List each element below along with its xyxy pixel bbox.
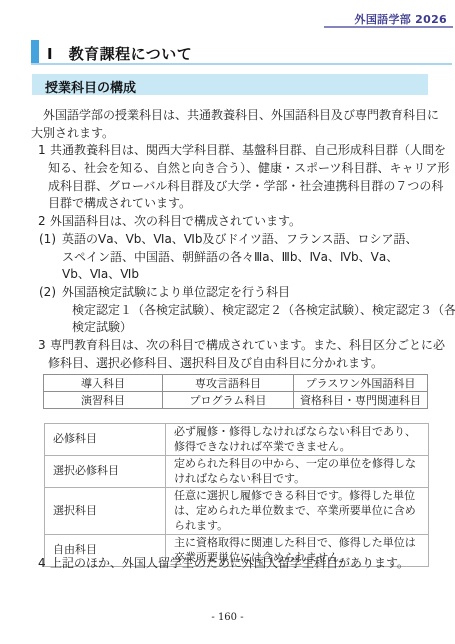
- body-line: Ⅴb、Ⅵa、Ⅵb: [31, 266, 455, 284]
- body-line: 3専門教育科目は、次の科目で構成されています。また、科目区分ごとに必: [31, 337, 455, 355]
- table-row: 選択科目 任意に選択し履修できる科目です。修得した単位は、定められた単位数まで、…: [45, 488, 429, 535]
- table-cell: 専攻言語科目: [163, 375, 294, 392]
- page-title: Ⅰ 教育課程について: [47, 43, 192, 64]
- body-item-4: 4上記のほか、外国人留学生のために外国人留学生科目があります。: [31, 555, 455, 573]
- table-cell: プラスワン外国語科目: [294, 375, 428, 392]
- table-row: 導入科目 専攻言語科目 プラスワン外国語科目: [44, 375, 428, 392]
- table-cell: プログラム科目: [163, 392, 294, 409]
- title-accent-bar: [31, 40, 39, 64]
- body-text: 外国語学部の授業科目は、共通教養科目、外国語科目及び専門教育科目に 大別されます…: [31, 107, 455, 372]
- body-line-text: 共通教養科目は、関西大学科目群、基盤科目群、自己形成科目群（人間を: [50, 143, 446, 157]
- row-label: 選択必修科目: [45, 456, 166, 488]
- body-line-text: 専門教育科目は、次の科目で構成されています。また、科目区分ごとに必: [50, 338, 445, 352]
- definition-table: 必修科目 必ず履修・修得しなければならない科目であり、修得できなければ卒業できま…: [44, 423, 429, 567]
- body-line: 2外国語科目は、次の科目で構成されています。: [31, 213, 455, 231]
- document-page: { "header": { "department": "外国語学部 2026"…: [0, 0, 455, 644]
- body-line: 目群で構成されています。: [31, 195, 455, 213]
- list-marker: 2: [38, 213, 50, 231]
- body-line: 大別されます。: [31, 125, 455, 143]
- body-line-text: 外国語科目は、次の科目で構成されています。: [50, 214, 301, 228]
- row-label: 必修科目: [45, 424, 166, 456]
- body-line: 1共通教養科目は、関西大学科目群、基盤科目群、自己形成科目群（人間を: [31, 142, 455, 160]
- row-description: 必ず履修・修得しなければならない科目であり、修得できなければ卒業できません。: [166, 424, 429, 456]
- title-underline: [31, 63, 452, 65]
- table-cell: 資格科目・専門関連科目: [294, 392, 428, 409]
- body-line-text: 英語のⅤa、Ⅴb、Ⅵa、Ⅵb及びドイツ語、フランス語、ロシア語、: [62, 232, 418, 246]
- body-line: 4上記のほか、外国人留学生のために外国人留学生科目があります。: [31, 555, 455, 573]
- row-description: 任意に選択し履修できる科目です。修得した単位は、定められた単位数まで、卒業所要単…: [166, 488, 429, 535]
- body-line: (2)外国語検定試験により単位認定を行う科目: [31, 284, 455, 302]
- table-row: 演習科目 プログラム科目 資格科目・専門関連科目: [44, 392, 428, 409]
- body-line: 検定試験）: [31, 319, 455, 337]
- body-line: 外国語学部の授業科目は、共通教養科目、外国語科目及び専門教育科目に: [31, 107, 455, 125]
- body-line: (1)英語のⅤa、Ⅴb、Ⅵa、Ⅵb及びドイツ語、フランス語、ロシア語、: [31, 231, 455, 249]
- list-marker: 3: [38, 337, 50, 355]
- row-label: 選択科目: [45, 488, 166, 535]
- page-number: - 160 -: [0, 612, 455, 623]
- table-row: 選択必修科目 定められた科目の中から、一定の単位を修得しなければならない科目です…: [45, 456, 429, 488]
- body-line-text: 外国語検定試験により単位認定を行う科目: [62, 285, 290, 299]
- table-row: 必修科目 必ず履修・修得しなければならない科目であり、修得できなければ卒業できま…: [45, 424, 429, 456]
- body-line: 修科目、選択必修科目、選択科目及び自由科目に分かれます。: [31, 355, 455, 373]
- list-marker: (2): [39, 284, 62, 302]
- list-marker: (1): [39, 231, 62, 249]
- body-line: 知る、社会を知る、自然と向き合う）、健康・スポーツ科目群、キャリア形: [31, 160, 455, 178]
- body-line: 検定認定１（各検定試験）、検定認定２（各検定試験）、検定認定３（各: [31, 302, 455, 320]
- table-cell: 演習科目: [44, 392, 163, 409]
- body-line-text: 上記のほか、外国人留学生のために外国人留学生科目があります。: [50, 556, 409, 570]
- header-department-label: 外国語学部 2026: [355, 11, 447, 27]
- list-marker: 1: [38, 142, 50, 160]
- section-heading: 授業科目の構成: [32, 74, 428, 96]
- body-line: スペイン語、中国語、朝鮮語の各々Ⅲa、Ⅲb、Ⅳa、Ⅳb、Ⅴa、: [31, 249, 455, 267]
- section-heading-band: 授業科目の構成: [32, 74, 428, 95]
- category-table: 導入科目 専攻言語科目 プラスワン外国語科目 演習科目 プログラム科目 資格科目…: [43, 374, 428, 409]
- header-rule: [324, 26, 453, 28]
- table-cell: 導入科目: [44, 375, 163, 392]
- body-line: 成科目群、グローバル科目群及び大学・学部・社会連携科目群の７つの科: [31, 178, 455, 196]
- list-marker: 4: [38, 555, 50, 573]
- row-description: 定められた科目の中から、一定の単位を修得しなければならない科目です。: [166, 456, 429, 488]
